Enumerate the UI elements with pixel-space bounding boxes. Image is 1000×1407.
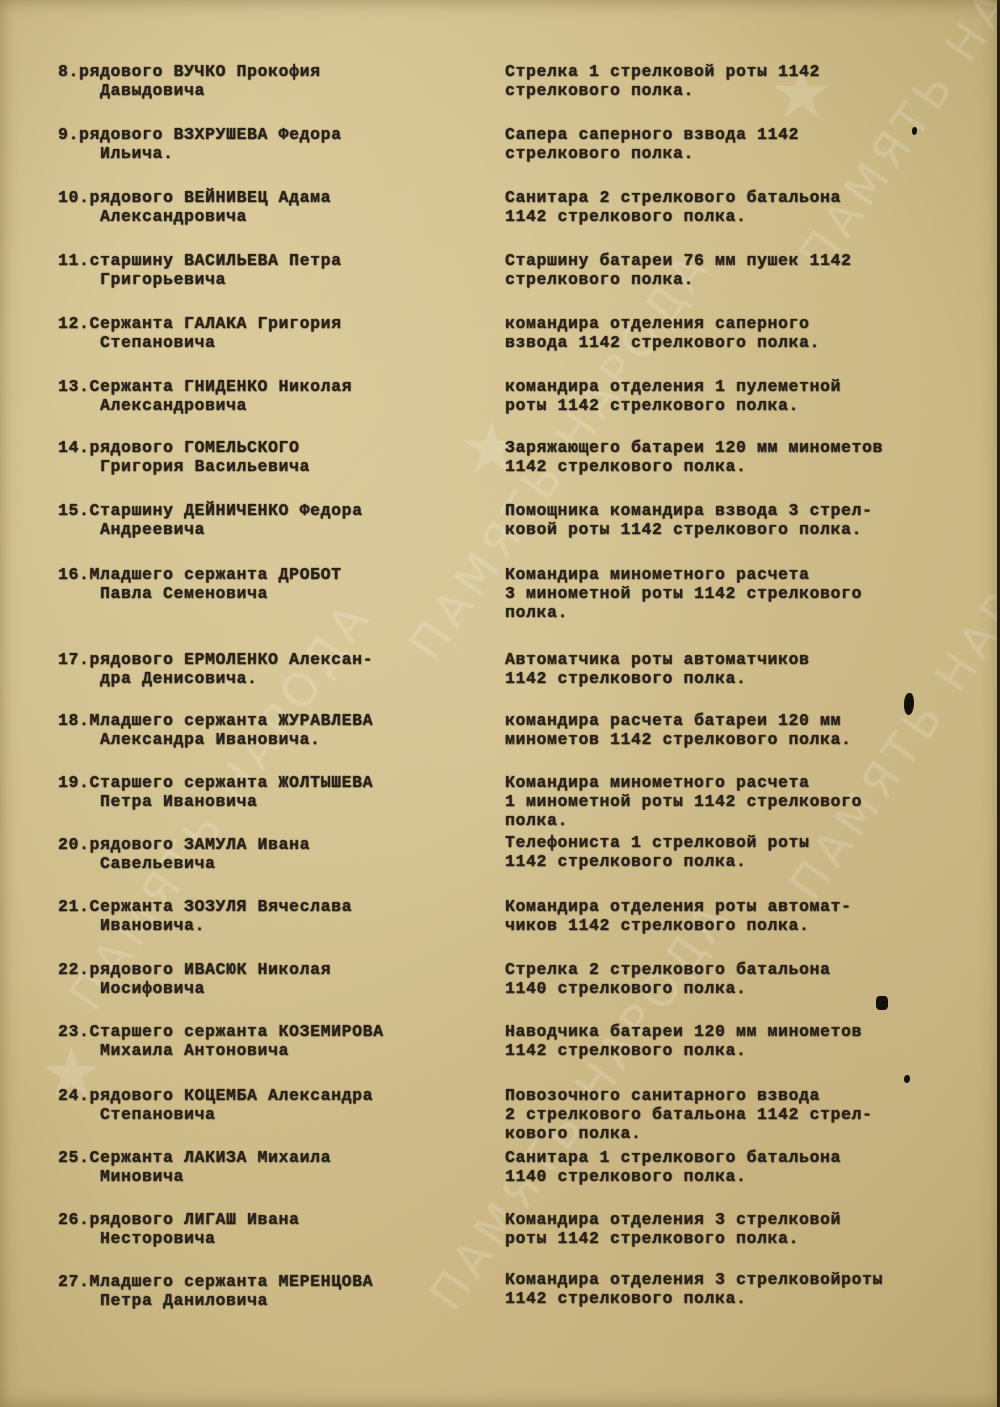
position-line: Командира минометного расчета (505, 565, 975, 584)
rank-surname-text: Младшего сержанта МЕРЕНЦОВА (90, 1272, 374, 1291)
rank-surname-text: Сержанта ЛАКИЗА Михаила (90, 1148, 332, 1167)
entry-number-dot: . (79, 251, 90, 270)
given-name-patronymic: Миновича (58, 1167, 488, 1186)
rank-surname-text: Сержанта ГНИДЕНКО Николая (90, 377, 353, 396)
entry-number: 18 (58, 711, 79, 730)
entry-number: 11 (58, 251, 79, 270)
recipient-name: 18.Младшего сержанта ЖУРАВЛЕВААлександра… (58, 711, 488, 749)
recipient-name: 10.рядового ВЕЙНИВЕЦ АдамаАлександровича (58, 188, 488, 226)
recipient-position: Командира отделения 3 стрелковойроты1142… (505, 1270, 975, 1308)
entry-number: 17 (58, 650, 79, 669)
rank-surname-text: Младшего сержанта ДРОБОТ (90, 565, 342, 584)
recipient-name: 27.Младшего сержанта МЕРЕНЦОВАПетра Дани… (58, 1272, 488, 1310)
recipient-position: Командира отделения роты автомат-чиков 1… (505, 897, 975, 935)
recipient-name: 26.рядового ЛИГАШ ИванаНесторовича (58, 1210, 488, 1248)
rank-and-surname: 26.рядового ЛИГАШ Ивана (58, 1210, 488, 1229)
position-line: 1142 стрелкового полка. (505, 1041, 975, 1060)
position-line: стрелкового полка. (505, 144, 975, 163)
entry-number-dot: . (79, 1022, 90, 1041)
given-name-patronymic: Михаила Антоновича (58, 1041, 488, 1060)
entry-number-dot: . (79, 1148, 90, 1167)
given-name-patronymic: Савельевича (58, 854, 488, 873)
rank-and-surname: 8.рядового ВУЧКО Прокофия (58, 62, 488, 81)
entry-number: 21 (58, 897, 79, 916)
entry-number-dot: . (79, 897, 90, 916)
document-page: ПАМЯТЬ НАРОДА ПАМЯТЬ НАРОДА ПАМЯТЬ НАРОД… (0, 0, 1000, 1407)
recipient-position: командира отделения 1 пулеметнойроты 114… (505, 377, 975, 415)
rank-surname-text: рядового ЕРМОЛЕНКО Алексан- (90, 650, 374, 669)
given-name-patronymic: Григория Васильевича (58, 457, 488, 476)
position-line: 1 минометной роты 1142 стрелкового (505, 792, 975, 811)
position-line: стрелкового полка. (505, 81, 975, 100)
rank-and-surname: 11.старшину ВАСИЛЬЕВА Петра (58, 251, 488, 270)
entry-number-dot: . (79, 188, 90, 207)
entry-number: 20 (58, 835, 79, 854)
entry-number: 19 (58, 773, 79, 792)
entry-number-dot: . (79, 773, 90, 792)
recipient-position: Стрелка 1 стрелковой роты 1142стрелковог… (505, 62, 975, 100)
position-line: командира отделения саперного (505, 314, 975, 333)
recipient-position: Санитара 1 стрелкового батальона1140 стр… (505, 1148, 975, 1186)
position-line: Командира минометного расчета (505, 773, 975, 792)
recipient-position: Сапера саперного взвода 1142стрелкового … (505, 125, 975, 163)
rank-and-surname: 9.рядового ВЗХРУШЕВА Федора (58, 125, 488, 144)
position-line: Телефониста 1 стрелковой роты (505, 833, 975, 852)
position-line: 1142 стрелкового полка. (505, 207, 975, 226)
rank-and-surname: 12.Сержанта ГАЛАКА Григория (58, 314, 488, 333)
entry-number: 24 (58, 1086, 79, 1105)
recipient-name: 22.рядового ИВАСЮК НиколаяИосифовича (58, 960, 488, 998)
rank-surname-text: рядового ЛИГАШ Ивана (90, 1210, 300, 1229)
entry-number-dot: . (79, 1210, 90, 1229)
position-line: Командира отделения 3 стрелковой (505, 1210, 975, 1229)
rank-and-surname: 13.Сержанта ГНИДЕНКО Николая (58, 377, 488, 396)
given-name-patronymic: Александровича (58, 396, 488, 415)
rank-and-surname: 22.рядового ИВАСЮК Николая (58, 960, 488, 979)
position-line: ковой роты 1142 стрелкового полка. (505, 520, 975, 539)
entry-number: 25 (58, 1148, 79, 1167)
recipient-name: 24.рядового КОЦЕМБА АлександраСтепанович… (58, 1086, 488, 1124)
entry-number-dot: . (79, 1272, 90, 1291)
recipient-name: 9.рядового ВЗХРУШЕВА ФедораИльича. (58, 125, 488, 163)
given-name-patronymic: Александровича (58, 207, 488, 226)
rank-and-surname: 20.рядового ЗАМУЛА Ивана (58, 835, 488, 854)
entry-number: 22 (58, 960, 79, 979)
rank-surname-text: рядового ВЕЙНИВЕЦ Адама (90, 188, 332, 207)
position-line: Повозочного санитарного взвода (505, 1086, 975, 1105)
position-line: Заряжающего батареи 120 мм минометов (505, 438, 975, 457)
given-name-patronymic: Павла Семеновича (58, 584, 488, 603)
recipient-name: 20.рядового ЗАМУЛА ИванаСавельевича (58, 835, 488, 873)
position-line: роты 1142 стрелкового полка. (505, 1229, 975, 1248)
recipient-position: Помощника командира взвода 3 стрел-ковой… (505, 501, 975, 539)
rank-surname-text: рядового ВУЧКО Прокофия (79, 62, 321, 81)
rank-surname-text: Старшего сержанта КОЗЕМИРОВА (90, 1022, 384, 1041)
rank-and-surname: 18.Младшего сержанта ЖУРАВЛЕВА (58, 711, 488, 730)
rank-and-surname: 10.рядового ВЕЙНИВЕЦ Адама (58, 188, 488, 207)
given-name-patronymic: дра Денисовича. (58, 669, 488, 688)
award-list: 8.рядового ВУЧКО ПрокофияДавыдовичаСтрел… (0, 0, 1000, 1407)
position-line: 2 стрелкового батальона 1142 стрел- (505, 1105, 975, 1124)
recipient-position: Заряжающего батареи 120 мм минометов1142… (505, 438, 975, 476)
recipient-name: 25.Сержанта ЛАКИЗА МихаилаМиновича (58, 1148, 488, 1186)
recipient-position: Стрелка 2 стрелкового батальона1140 стре… (505, 960, 975, 998)
entry-number: 9 (58, 125, 69, 144)
entry-number: 16 (58, 565, 79, 584)
given-name-patronymic: Петра Ивановича (58, 792, 488, 811)
entry-number: 27 (58, 1272, 79, 1291)
rank-surname-text: рядового ЗАМУЛА Ивана (90, 835, 311, 854)
given-name-patronymic: Давыдовича (58, 81, 488, 100)
given-name-patronymic: Ильича. (58, 144, 488, 163)
entry-number-dot: . (79, 960, 90, 979)
entry-number-dot: . (79, 314, 90, 333)
rank-and-surname: 16.Младшего сержанта ДРОБОТ (58, 565, 488, 584)
position-line: Помощника командира взвода 3 стрел- (505, 501, 975, 520)
entry-number-dot: . (79, 501, 90, 520)
entry-number: 26 (58, 1210, 79, 1229)
rank-and-surname: 15.Старшину ДЕЙНИЧЕНКО Федора (58, 501, 488, 520)
rank-and-surname: 23.Старшего сержанта КОЗЕМИРОВА (58, 1022, 488, 1041)
recipient-name: 16.Младшего сержанта ДРОБОТПавла Семенов… (58, 565, 488, 603)
position-line: 1142 стрелкового полка. (505, 457, 975, 476)
entry-number-dot: . (79, 377, 90, 396)
rank-surname-text: Старшину ДЕЙНИЧЕНКО Федора (90, 501, 363, 520)
position-line: командира расчета батареи 120 мм (505, 711, 975, 730)
rank-and-surname: 14.рядового ГОМЕЛЬСКОГО (58, 438, 488, 457)
rank-surname-text: рядового ИВАСЮК Николая (90, 960, 332, 979)
rank-surname-text: Сержанта ГАЛАКА Григория (90, 314, 342, 333)
position-line: роты 1142 стрелкового полка. (505, 396, 975, 415)
given-name-patronymic: Григорьевича (58, 270, 488, 289)
given-name-patronymic: Александра Ивановича. (58, 730, 488, 749)
rank-surname-text: Старшего сержанта ЖОЛТЫШЕВА (90, 773, 374, 792)
entry-number-dot: . (79, 1086, 90, 1105)
recipient-position: Повозочного санитарного взвода2 стрелков… (505, 1086, 975, 1143)
given-name-patronymic: Петра Даниловича (58, 1291, 488, 1310)
given-name-patronymic: Степановича (58, 1105, 488, 1124)
position-line: взвода 1142 стрелкового полка. (505, 333, 975, 352)
recipient-name: 23.Старшего сержанта КОЗЕМИРОВАМихаила А… (58, 1022, 488, 1060)
rank-and-surname: 19.Старшего сержанта ЖОЛТЫШЕВА (58, 773, 488, 792)
position-line: чиков 1142 стрелкового полка. (505, 916, 975, 935)
rank-surname-text: старшину ВАСИЛЬЕВА Петра (90, 251, 342, 270)
entry-number-dot: . (79, 650, 90, 669)
given-name-patronymic: Несторовича (58, 1229, 488, 1248)
recipient-name: 12.Сержанта ГАЛАКА ГригорияСтепановича (58, 314, 488, 352)
entry-number-dot: . (79, 835, 90, 854)
recipient-name: 8.рядового ВУЧКО ПрокофияДавыдовича (58, 62, 488, 100)
recipient-position: Командира отделения 3 стрелковойроты 114… (505, 1210, 975, 1248)
position-line: Командира отделения роты автомат- (505, 897, 975, 916)
entry-number: 14 (58, 438, 79, 457)
given-name-patronymic: Степановича (58, 333, 488, 352)
entry-number-dot: . (69, 125, 80, 144)
rank-and-surname: 21.Сержанта ЗОЗУЛЯ Вячеслава (58, 897, 488, 916)
entry-number-dot: . (79, 565, 90, 584)
position-line: 1142 стрелкового полка. (505, 1289, 975, 1308)
position-line: Старшину батареи 76 мм пушек 1142 (505, 251, 975, 270)
entry-number-dot: . (79, 711, 90, 730)
recipient-name: 19.Старшего сержанта ЖОЛТЫШЕВАПетра Иван… (58, 773, 488, 811)
position-line: Санитара 1 стрелкового батальона (505, 1148, 975, 1167)
recipient-position: Автоматчика роты автоматчиков1142 стрелк… (505, 650, 975, 688)
rank-and-surname: 24.рядового КОЦЕМБА Александра (58, 1086, 488, 1105)
position-line: 1140 стрелкового полка. (505, 1167, 975, 1186)
entry-number: 12 (58, 314, 79, 333)
position-line: стрелкового полка. (505, 270, 975, 289)
entry-number: 8 (58, 62, 69, 81)
rank-surname-text: рядового ВЗХРУШЕВА Федора (79, 125, 342, 144)
recipient-position: командира расчета батареи 120 ммминомето… (505, 711, 975, 749)
recipient-position: Командира минометного расчета3 минометно… (505, 565, 975, 622)
recipient-position: Телефониста 1 стрелковой роты1142 стрелк… (505, 833, 975, 871)
recipient-name: 11.старшину ВАСИЛЬЕВА ПетраГригорьевича (58, 251, 488, 289)
position-line: Стрелка 1 стрелковой роты 1142 (505, 62, 975, 81)
entry-number: 15 (58, 501, 79, 520)
position-line: 3 минометной роты 1142 стрелкового (505, 584, 975, 603)
recipient-name: 21.Сержанта ЗОЗУЛЯ ВячеславаИвановича. (58, 897, 488, 935)
entry-number-dot: . (69, 62, 80, 81)
entry-number: 23 (58, 1022, 79, 1041)
position-line: минометов 1142 стрелкового полка. (505, 730, 975, 749)
rank-surname-text: рядового ГОМЕЛЬСКОГО (90, 438, 300, 457)
entry-number: 13 (58, 377, 79, 396)
recipient-position: Наводчика батареи 120 мм минометов1142 с… (505, 1022, 975, 1060)
recipient-name: 15.Старшину ДЕЙНИЧЕНКО ФедораАндреевича (58, 501, 488, 539)
position-line: полка. (505, 811, 975, 830)
rank-and-surname: 27.Младшего сержанта МЕРЕНЦОВА (58, 1272, 488, 1291)
position-line: Санитара 2 стрелкового батальона (505, 188, 975, 207)
rank-surname-text: рядового КОЦЕМБА Александра (90, 1086, 374, 1105)
recipient-position: Старшину батареи 76 мм пушек 1142стрелко… (505, 251, 975, 289)
position-line: 1140 стрелкового полка. (505, 979, 975, 998)
given-name-patronymic: Ивановича. (58, 916, 488, 935)
rank-and-surname: 25.Сержанта ЛАКИЗА Михаила (58, 1148, 488, 1167)
recipient-position: командира отделения саперноговзвода 1142… (505, 314, 975, 352)
recipient-position: Санитара 2 стрелкового батальона1142 стр… (505, 188, 975, 226)
position-line: 1142 стрелкового полка. (505, 852, 975, 871)
position-line: 1142 стрелкового полка. (505, 669, 975, 688)
position-line: Стрелка 2 стрелкового батальона (505, 960, 975, 979)
position-line: кового полка. (505, 1124, 975, 1143)
recipient-position: Командира минометного расчета1 минометно… (505, 773, 975, 830)
position-line: командира отделения 1 пулеметной (505, 377, 975, 396)
position-line: Автоматчика роты автоматчиков (505, 650, 975, 669)
rank-and-surname: 17.рядового ЕРМОЛЕНКО Алексан- (58, 650, 488, 669)
given-name-patronymic: Иосифовича (58, 979, 488, 998)
recipient-name: 14.рядового ГОМЕЛЬСКОГОГригория Васильев… (58, 438, 488, 476)
position-line: полка. (505, 603, 975, 622)
rank-surname-text: Сержанта ЗОЗУЛЯ Вячеслава (90, 897, 353, 916)
position-line: Наводчика батареи 120 мм минометов (505, 1022, 975, 1041)
ink-blot (876, 996, 888, 1010)
position-line: Сапера саперного взвода 1142 (505, 125, 975, 144)
given-name-patronymic: Андреевича (58, 520, 488, 539)
entry-number-dot: . (79, 438, 90, 457)
position-line: Командира отделения 3 стрелковойроты (505, 1270, 975, 1289)
recipient-name: 17.рядового ЕРМОЛЕНКО Алексан-дра Денисо… (58, 650, 488, 688)
recipient-name: 13.Сержанта ГНИДЕНКО НиколаяАлександрови… (58, 377, 488, 415)
rank-surname-text: Младшего сержанта ЖУРАВЛЕВА (90, 711, 374, 730)
entry-number: 10 (58, 188, 79, 207)
